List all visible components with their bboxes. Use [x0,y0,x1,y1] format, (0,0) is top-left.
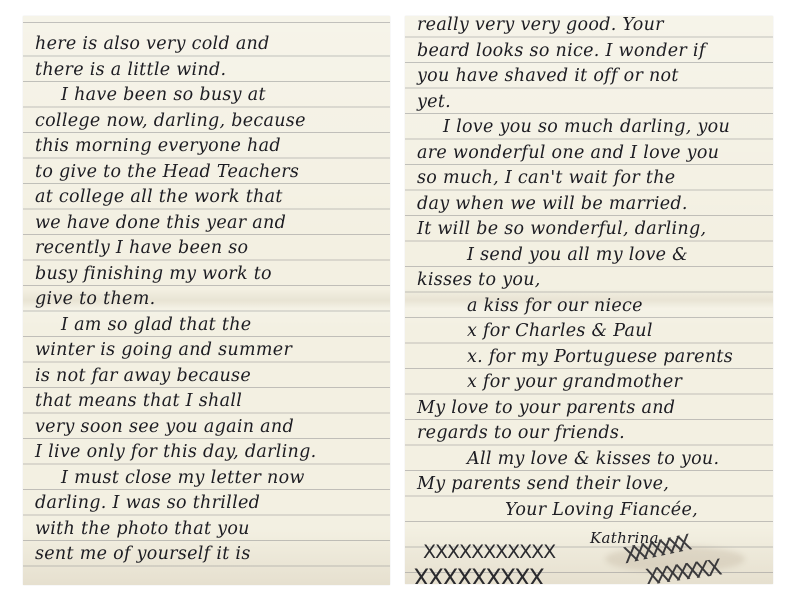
text-line: at college all the work that [23,184,390,210]
text-line: It will be so wonderful, darling, [405,216,773,242]
text-line: I live only for this day, darling. [23,439,390,465]
handwritten-text-left: here is also very cold and there is a li… [23,31,390,567]
text-line: I have been so busy at [23,82,390,108]
letter-page-right: really very very good. Your beard looks … [405,16,773,584]
text-line: I send you all my love & [405,242,773,268]
text-line: yet. [405,89,773,115]
text-line: x for Charles & Paul [405,318,773,344]
text-line: here is also very cold and [23,31,390,57]
text-line: there is a little wind. [23,57,390,83]
text-line: kisses to you, [405,267,773,293]
text-line: is not far away because [23,363,390,389]
text-line: we have done this year and [23,210,390,236]
text-line: I must close my letter now [23,465,390,491]
text-line: recently I have been so [23,235,390,261]
text-line: this morning everyone had [23,133,390,159]
text-line: are wonderful one and I love you [405,140,773,166]
text-line: My parents send their love, [405,471,773,497]
text-line: x for your grandmother [405,369,773,395]
text-line: All my love & kisses to you. [405,446,773,472]
text-line: I love you so much darling, you [405,114,773,140]
text-line: very soon see you again and [23,414,390,440]
kisses-row-2: XXXXXXXXX [413,564,543,584]
text-line: My love to your parents and [405,395,773,421]
text-line: busy finishing my work to [23,261,390,287]
text-line: x. for my Portuguese parents [405,344,773,370]
letter-page-left: here is also very cold and there is a li… [23,16,390,585]
text-line: so much, I can't wait for the [405,165,773,191]
text-line: you have shaved it off or not [405,63,773,89]
text-line: Your Loving Fiancée, [405,497,773,523]
text-line: I am so glad that the [23,312,390,338]
text-line: to give to the Head Teachers [23,159,390,185]
text-line: beard looks so nice. I wonder if [405,38,773,64]
kisses-row-1: XXXXXXXXXXX [423,541,555,563]
text-line: darling. I was so thrilled [23,490,390,516]
scanned-letter: here is also very cold and there is a li… [0,0,800,600]
text-line: college now, darling, because [23,108,390,134]
text-line: with the photo that you [23,516,390,542]
text-line: sent me of yourself it is [23,541,390,567]
text-line: really very very good. Your [405,16,773,38]
text-line: winter is going and summer [23,337,390,363]
text-line: a kiss for our niece [405,293,773,319]
text-line: give to them. [23,286,390,312]
text-line: day when we will be married. [405,191,773,217]
text-line: that means that I shall [23,388,390,414]
handwritten-text-right: really very very good. Your beard looks … [405,16,773,548]
text-line: regards to our friends. [405,420,773,446]
